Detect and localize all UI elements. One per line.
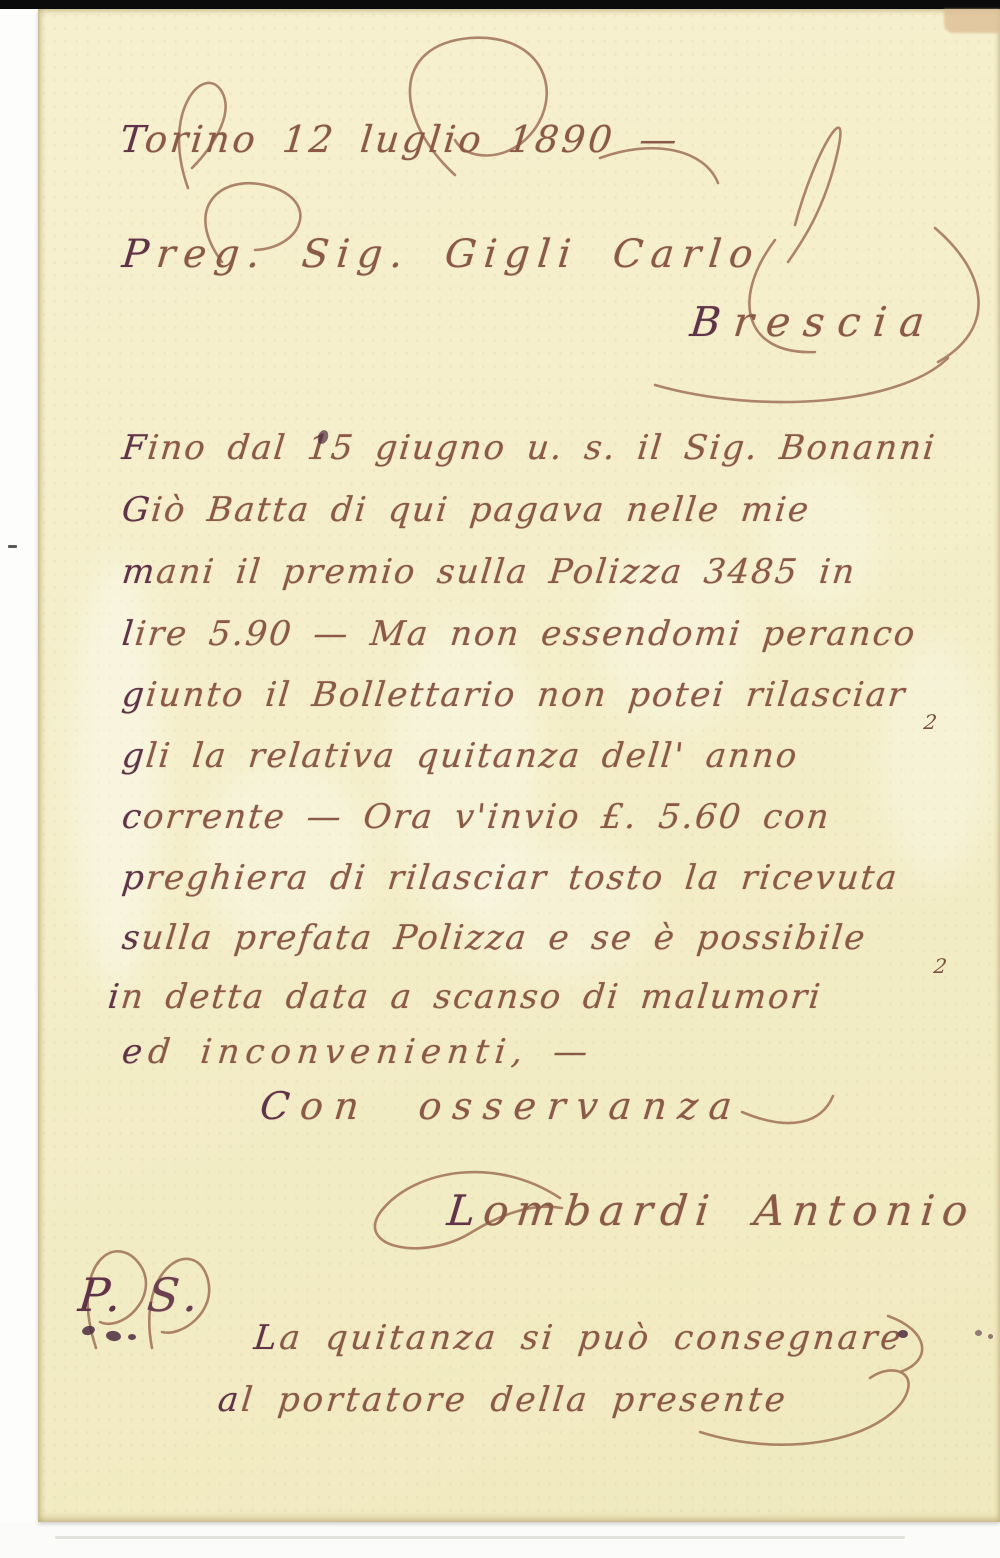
body-line: corrente — Ora v'invio £. 5.60 con [120, 797, 833, 837]
body-line: lire 5.90 — Ma non essendomi peranco [120, 614, 918, 654]
scanner-background-left [0, 9, 38, 1558]
ink-blot [988, 1334, 993, 1339]
scanner-background-bottom [0, 1522, 1000, 1558]
body-line: gli la relativa quitanza dell' anno [120, 736, 801, 776]
postscript-line: La quitanza si può consegnare [252, 1318, 906, 1358]
ink-blot [898, 1330, 908, 1338]
body-line: sulla prefata Polizza e se è possibile [120, 918, 869, 958]
body-line: Fino dal 15 giugno u. s. il Sig. Bonanni [120, 428, 938, 468]
body-line: mani il premio sulla Polizza 3485 in [120, 552, 858, 592]
postscript-line: al portatore della presente [216, 1380, 790, 1420]
signature: Lombardi Antonio [445, 1186, 978, 1235]
body-line: in detta data a scanso di malumori [106, 977, 824, 1017]
body-line: Giò Batta di qui pagava nelle mie [120, 490, 812, 530]
recipient-line: Preg. Sig. Gigli Carlo [120, 232, 763, 277]
ink-blot [128, 1334, 136, 1340]
postscript-label: P. S. [76, 1268, 207, 1322]
closing-line: Con osservanza [258, 1084, 745, 1128]
paper-stain-top-right [944, 9, 1000, 33]
city-line: Brescia [688, 298, 940, 346]
body-line: giunto il Bollettario non potei rilascia… [120, 675, 908, 715]
date-line: Torino 12 luglio 1890 — [118, 118, 682, 161]
body-line: preghiera di rilasciar tosto la ricevuta [120, 858, 901, 898]
scanned-letter-page: { "letter": { "date_line": "Torino 12 lu… [0, 0, 1000, 1558]
scan-edge-top [0, 0, 1000, 9]
scan-shadow-line [55, 1536, 905, 1539]
body-line: ed inconvenienti, — [120, 1032, 595, 1072]
scan-speck [8, 545, 17, 548]
ink-blot [975, 1330, 982, 1336]
